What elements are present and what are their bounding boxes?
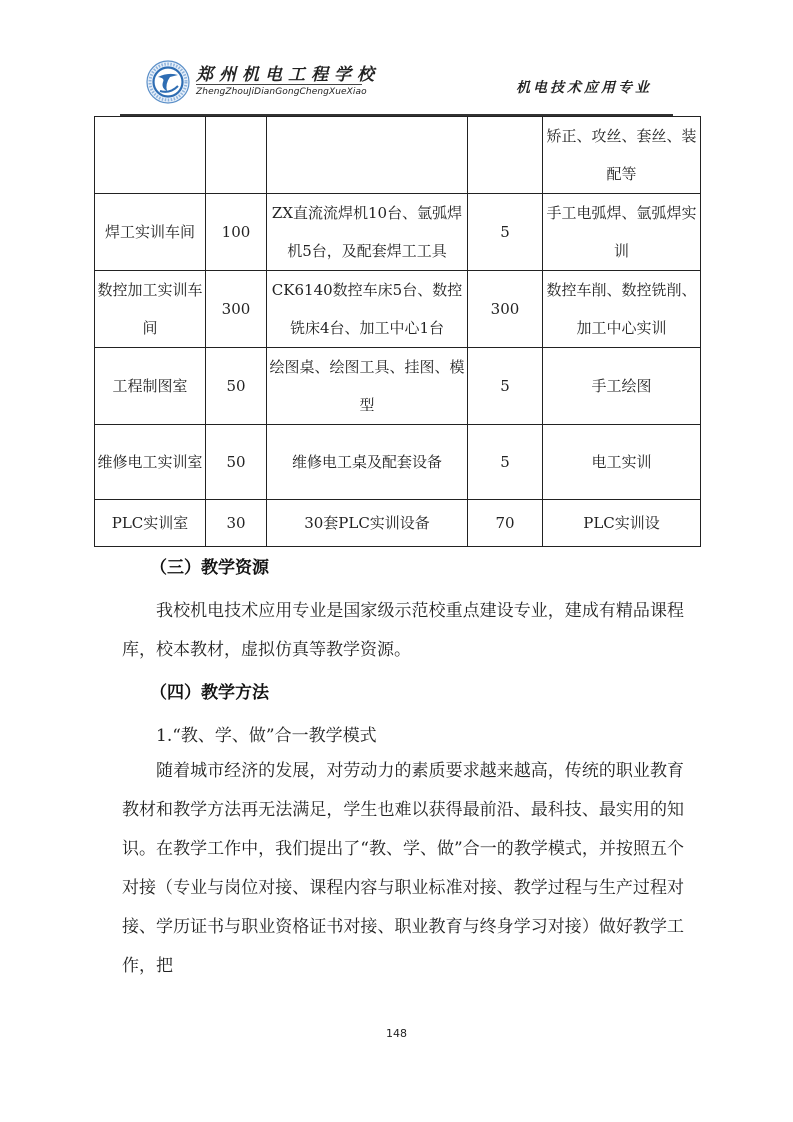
cell-equipment	[267, 117, 468, 194]
cell-capacity	[206, 117, 267, 194]
cell-facility-name: 工程制图室	[95, 348, 206, 425]
cell-count: 5	[468, 194, 543, 271]
cell-equipment: 维修电工桌及配套设备	[267, 425, 468, 500]
cell-count: 300	[468, 271, 543, 348]
school-pinyin: ZhengZhouJiDianGongChengXueXiao	[196, 87, 367, 97]
table-row: 工程制图室 50 绘图桌、绘图工具、挂图、模型 5 手工绘图	[95, 348, 701, 425]
cell-capacity: 30	[206, 500, 267, 547]
table-row: 焊工实训车间 100 ZX直流流焊机10台、氩弧焊机5台，及配套焊工工具 5 手…	[95, 194, 701, 271]
table-row: 矫正、攻丝、套丝、装配等	[95, 117, 701, 194]
paragraph-methods: 随着城市经济的发展，对劳动力的素质要求越来越高，传统的职业教育教材和教学方法再无…	[122, 752, 684, 986]
cell-facility-name: PLC实训室	[95, 500, 206, 547]
paragraph-text: 我校机电技术应用专业是国家级示范校重点建设专业，建成有精品课程库，校本教材，虚拟…	[122, 601, 684, 660]
cell-capacity: 300	[206, 271, 267, 348]
cell-capacity: 100	[206, 194, 267, 271]
cell-facility-name: 焊工实训车间	[95, 194, 206, 271]
school-name: 郑州机电工程学校	[196, 60, 380, 85]
cell-equipment: 绘图桌、绘图工具、挂图、模型	[267, 348, 468, 425]
school-emblem-icon	[146, 60, 190, 104]
cell-projects: 矫正、攻丝、套丝、装配等	[543, 117, 701, 194]
cell-capacity: 50	[206, 425, 267, 500]
section-heading-resources: （三）教学资源	[150, 553, 269, 578]
cell-count: 5	[468, 348, 543, 425]
table-row: 数控加工实训车间 300 CK6140数控车床5台、数控铣床4台、加工中心1台 …	[95, 271, 701, 348]
cell-facility-name: 维修电工实训室	[95, 425, 206, 500]
training-facilities-table: 矫正、攻丝、套丝、装配等 焊工实训车间 100 ZX直流流焊机10台、氩弧焊机5…	[94, 116, 701, 547]
cell-projects: PLC实训设	[543, 500, 701, 547]
cell-equipment: CK6140数控车床5台、数控铣床4台、加工中心1台	[267, 271, 468, 348]
paragraph-text: 随着城市经济的发展，对劳动力的素质要求越来越高，传统的职业教育教材和教学方法再无…	[122, 761, 684, 976]
cell-capacity: 50	[206, 348, 267, 425]
subsection-title: 1.“教、学、做”合一教学模式	[156, 721, 377, 746]
paragraph-resources: 我校机电技术应用专业是国家级示范校重点建设专业，建成有精品课程库，校本教材，虚拟…	[122, 592, 684, 670]
table-row: PLC实训室 30 30套PLC实训设备 70 PLC实训设	[95, 500, 701, 547]
cell-count	[468, 117, 543, 194]
section-heading-methods: （四）教学方法	[150, 678, 269, 703]
cell-count: 5	[468, 425, 543, 500]
cell-facility-name	[95, 117, 206, 194]
cell-projects: 数控车削、数控铣削、加工中心实训	[543, 271, 701, 348]
school-name-underline	[196, 84, 362, 85]
cell-projects: 电工实训	[543, 425, 701, 500]
major-title: 机电技术应用专业	[516, 77, 652, 97]
cell-count: 70	[468, 500, 543, 547]
cell-equipment: ZX直流流焊机10台、氩弧焊机5台，及配套焊工工具	[267, 194, 468, 271]
cell-projects: 手工电弧焊、氩弧焊实训	[543, 194, 701, 271]
cell-equipment: 30套PLC实训设备	[267, 500, 468, 547]
table-row: 维修电工实训室 50 维修电工桌及配套设备 5 电工实训	[95, 425, 701, 500]
cell-facility-name: 数控加工实训车间	[95, 271, 206, 348]
cell-projects: 手工绘图	[543, 348, 701, 425]
page-number: 148	[0, 1027, 793, 1040]
